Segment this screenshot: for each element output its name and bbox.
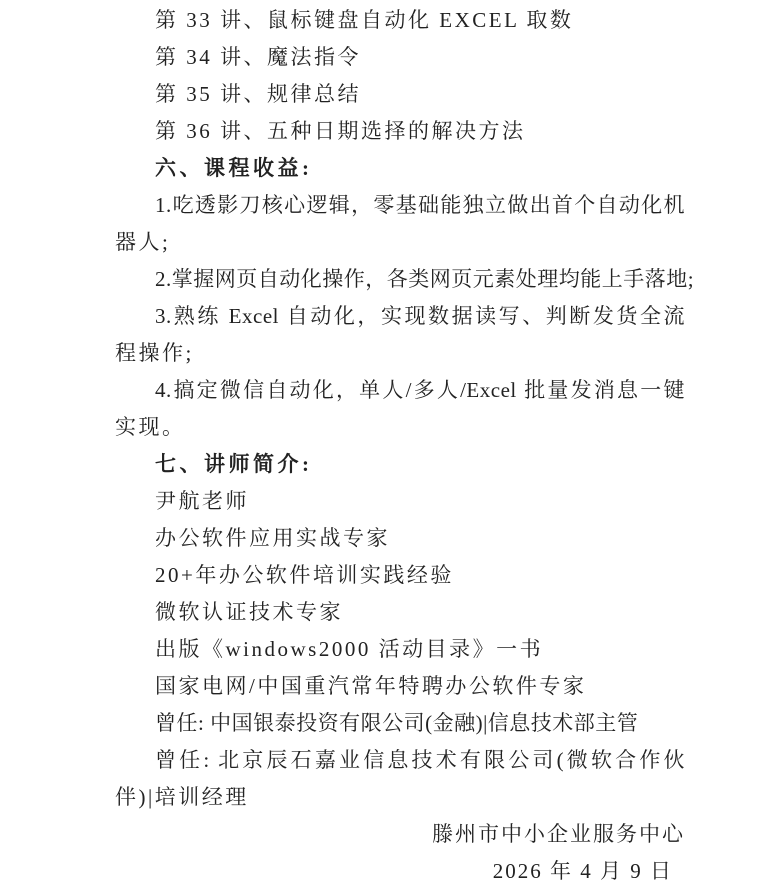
instructor-past-role-2-line-2: 伴)|培训经理 — [115, 779, 685, 816]
instructor-past-role-2-line-1: 曾任: 北京辰石嘉业信息技术有限公司(微软合作伙 — [115, 742, 685, 779]
lecture-item-33: 第 33 讲、鼠标键盘自动化 EXCEL 取数 — [115, 2, 685, 39]
document-page: 第 33 讲、鼠标键盘自动化 EXCEL 取数 第 34 讲、魔法指令 第 35… — [0, 0, 780, 891]
signature-date: 2026 年 4 月 9 日 — [115, 853, 685, 890]
benefit-item-1-line-2: 器人; — [115, 224, 685, 261]
benefit-item-4-line-1: 4.搞定微信自动化，单人/多人/Excel 批量发消息一键 — [115, 372, 685, 409]
benefit-item-3-line-2: 程操作; — [115, 335, 685, 372]
instructor-certification: 微软认证技术专家 — [115, 594, 685, 631]
lecture-item-36: 第 36 讲、五种日期选择的解决方法 — [115, 113, 685, 150]
lecture-item-34: 第 34 讲、魔法指令 — [115, 39, 685, 76]
instructor-past-role-1: 曾任: 中国银泰投资有限公司(金融)|信息技术部主管 — [115, 705, 685, 742]
lecture-item-35: 第 35 讲、规律总结 — [115, 76, 685, 113]
benefit-item-2: 2.掌握网页自动化操作，各类网页元素处理均能上手落地; — [115, 261, 685, 298]
instructor-name: 尹航老师 — [115, 483, 685, 520]
signature-org: 滕州市中小企业服务中心 — [115, 816, 685, 853]
instructor-clients: 国家电网/中国重汽常年特聘办公软件专家 — [115, 668, 685, 705]
instructor-publication: 出版《windows2000 活动目录》一书 — [115, 631, 685, 668]
instructor-section-heading: 七、讲师简介: — [115, 446, 685, 483]
instructor-title-expert: 办公软件应用实战专家 — [115, 520, 685, 557]
benefit-item-1-line-1: 1.吃透影刀核心逻辑，零基础能独立做出首个自动化机 — [115, 187, 685, 224]
instructor-experience: 20+年办公软件培训实践经验 — [115, 557, 685, 594]
benefit-item-3-line-1: 3.熟练 Excel 自动化，实现数据读写、判断发货全流 — [115, 298, 685, 335]
benefits-section-heading: 六、课程收益: — [115, 150, 685, 187]
benefit-item-4-line-2: 实现。 — [115, 409, 685, 446]
